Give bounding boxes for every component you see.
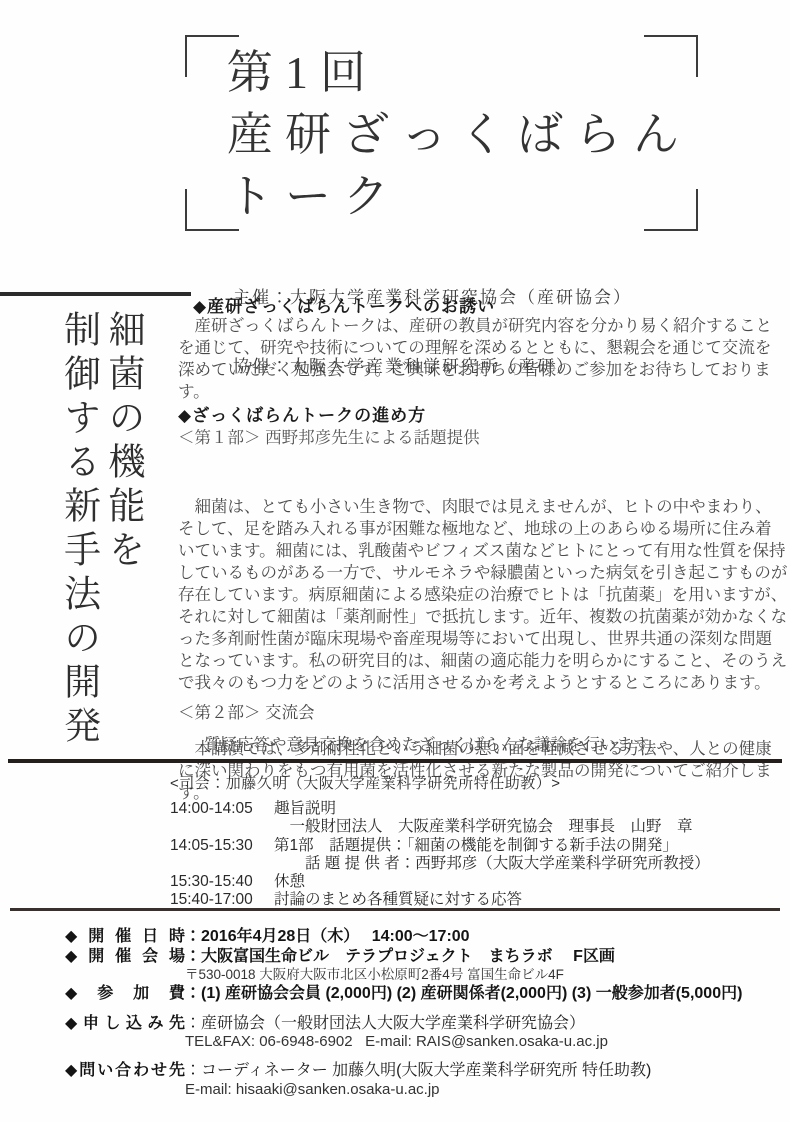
detail-label: ◆申し込み先 [65, 1015, 185, 1034]
program-part2-body: 質疑応答や意見交換を含めたざっくばらんな議論を行います。 [204, 731, 665, 755]
schedule-row: 話 題 提 供 者：西野邦彦（大阪大学産業科学研究所教授） [170, 855, 710, 873]
schedule-table: 14:00-14:05 趣旨説明 一般財団法人 大阪産業科学研究協会 理事長 山… [170, 800, 710, 910]
page-title-line1: 第1回 [227, 42, 691, 104]
detail-row-fee: ◆参加費 ：(1) 産研協会会員 (2,000円) (2) 産研関係者(2,00… [65, 985, 780, 1004]
page-title-line3: トーク [227, 166, 691, 228]
page-title-line2: 産研ざっくばらん [227, 104, 691, 166]
program-part1-paragraph1: 細菌は、とても小さい生き物で、肉眼では見えませんが、ヒトの中やまわり、そして、足… [178, 496, 788, 694]
detail-row-application: ◆申し込み先 ：産研協会（一般財団法人大阪大学産業科学研究協会） [65, 1015, 780, 1034]
detail-label: ◆参加費 [65, 985, 185, 1004]
event-details: ◆開催日時 ：2016年4月28日（木） 14:00～17:00 ◆開催会場 ：… [65, 928, 780, 1099]
inquiry-email: E-mail: hisaaki@sanken.osaka-u.ac.jp [185, 1081, 780, 1099]
detail-label: ◆開催会場 [65, 948, 185, 967]
moderator-line: <司会：加藤久明（大阪大学産業科学研究所特任助教）> [170, 772, 561, 793]
schedule-desc: 趣旨説明 [274, 800, 336, 818]
invitation-heading: ◆産研ざっくばらんトークへのお誘い [193, 292, 495, 317]
flyer-page: 第1回 産研ざっくばらん トーク 主催：大阪大学産業科学研究協会（産研協会） 協… [0, 0, 790, 1122]
detail-row-venue: ◆開催会場 ：大阪富国生命ビル テラプロジェクト まちラボ F区画 [65, 948, 780, 967]
schedule-row: 一般財団法人 大阪産業科学研究協会 理事長 山野 章 [170, 818, 710, 836]
invitation-body: 産研ざっくばらんトークは、産研の教員が研究内容を分かり易く紹介することを通じて、… [178, 315, 784, 403]
schedule-time: 15:30-15:40 [170, 873, 274, 891]
schedule-desc: 休憩 [274, 873, 305, 891]
schedule-time: 14:05-15:30 [170, 837, 274, 855]
detail-value: ：大阪富国生命ビル テラプロジェクト まちラボ F区画 [185, 948, 615, 967]
schedule-time [170, 818, 274, 836]
application-contact: TEL&FAX: 06-6948-6902 E-mail: RAIS@sanke… [185, 1033, 780, 1051]
detail-value: ：コーディネーター 加藤久明(大阪大学産業科学研究所 特任助教) [185, 1062, 651, 1081]
schedule-time [170, 855, 274, 873]
detail-value: ：2016年4月28日（木） 14:00～17:00 [185, 928, 470, 947]
lecture-title-vertical: 細菌の機能を 制御する新手法の開発 [52, 310, 144, 785]
schedule-row: 15:30-15:40 休憩 [170, 873, 710, 891]
program-part2-label: ＜第２部＞ 交流会 [178, 699, 315, 723]
lecture-title-col1: 細菌の機能を [100, 310, 144, 785]
schedule-desc: 一般財団法人 大阪産業科学研究協会 理事長 山野 章 [274, 818, 693, 836]
detail-value: ：(1) 産研協会会員 (2,000円) (2) 産研関係者(2,000円) (… [185, 985, 742, 1004]
detail-label: ◆問い合わせ先 [65, 1062, 185, 1081]
schedule-desc: 話 題 提 供 者：西野邦彦（大阪大学産業科学研究所教授） [274, 855, 710, 873]
detail-row-date: ◆開催日時 ：2016年4月28日（木） 14:00～17:00 [65, 928, 780, 947]
schedule-desc: 第1部 話題提供：「細菌の機能を制御する新手法の開発」 [274, 837, 678, 855]
venue-address: 〒530-0018 大阪府大阪市北区小松原町2番4号 富国生命ビル4F [185, 966, 780, 984]
divider-bottom [10, 908, 780, 911]
schedule-row: 14:00-14:05 趣旨説明 [170, 800, 710, 818]
divider-top [8, 759, 782, 763]
detail-row-inquiry: ◆問い合わせ先 ：コーディネーター 加藤久明(大阪大学産業科学研究所 特任助教) [65, 1062, 780, 1081]
schedule-row: 14:05-15:30 第1部 話題提供：「細菌の機能を制御する新手法の開発」 [170, 837, 710, 855]
left-divider [0, 292, 191, 296]
program-heading: ◆ざっくばらんトークの進め方 [178, 401, 426, 426]
detail-value: ：産研協会（一般財団法人大阪大学産業科学研究協会） [185, 1015, 585, 1034]
page-title: 第1回 産研ざっくばらん トーク [227, 42, 691, 228]
program-part1-label: ＜第１部＞ 西野邦彦先生による話題提供 [178, 424, 480, 448]
lecture-title-col2: 制御する新手法の開発 [55, 310, 99, 785]
schedule-time: 14:00-14:05 [170, 800, 274, 818]
detail-label: ◆開催日時 [65, 928, 185, 947]
